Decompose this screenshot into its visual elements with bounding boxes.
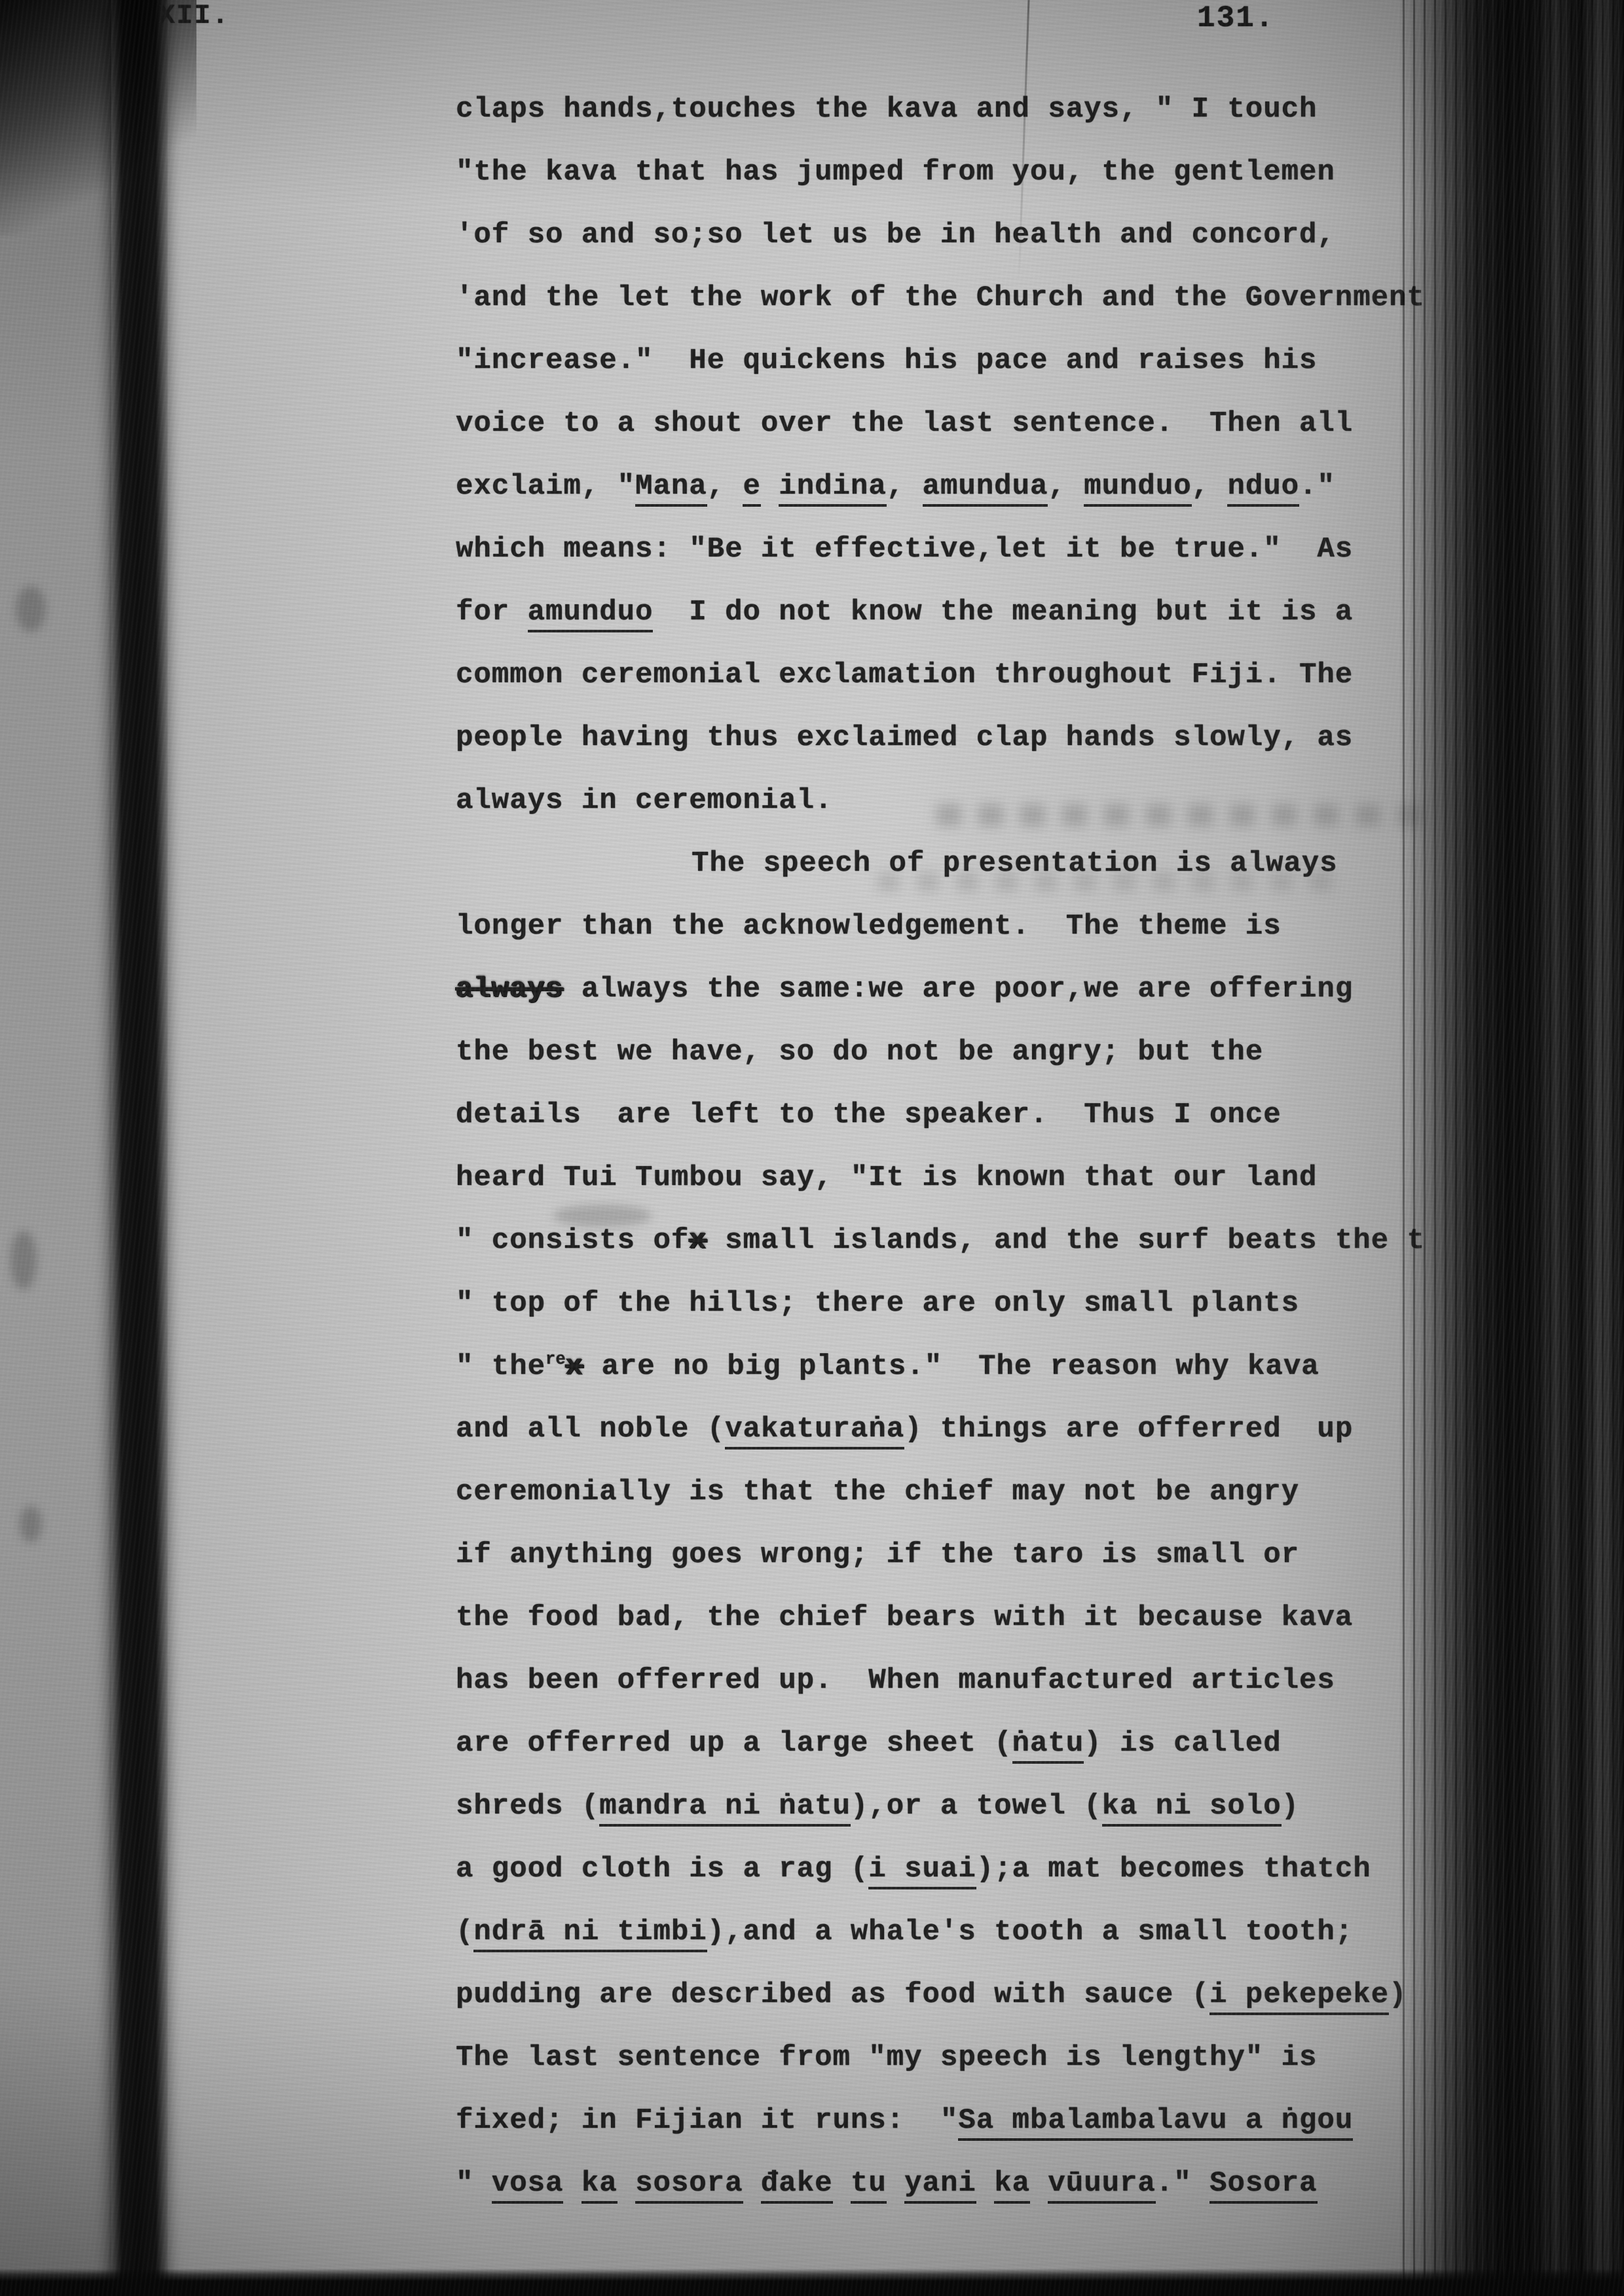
text-segment: mandra ni ṅatu — [599, 1790, 851, 1827]
typed-text: claps hands,touches the kava and says, "… — [456, 93, 1477, 2230]
spine-streaks — [1398, 0, 1624, 2296]
text-segment: 'and the let the work of the Church and … — [456, 282, 1425, 314]
margin-smudge — [16, 586, 46, 632]
text-line: the best we have, so do not be angry; bu… — [456, 1036, 1477, 1099]
text-segment: details are left to the speaker. Thus I … — [456, 1099, 1282, 1131]
text-line: claps hands,touches the kava and says, "… — [456, 93, 1477, 156]
text-segment: , — [1192, 470, 1228, 503]
text-segment — [887, 2167, 904, 2200]
text-segment: Mana — [635, 470, 707, 507]
text-segment: pudding are described as food with sauce… — [456, 1978, 1209, 2011]
text-segment — [976, 2167, 994, 2200]
text-line: 'and the let the work of the Church and … — [456, 282, 1477, 344]
bottom-edge-shadow — [0, 2269, 1624, 2296]
text-segment: amunduo — [528, 596, 654, 632]
text-segment: are no big plants." The reason why kava — [583, 1351, 1319, 1383]
text-segment: , — [1048, 470, 1084, 503]
text-segment: " — [456, 2167, 492, 2200]
text-segment: " top of the hills; there are only small… — [456, 1287, 1299, 1320]
text-segment: ceremonially is that the chief may not b… — [456, 1476, 1299, 1508]
text-line: The last sentence from "my speech is len… — [456, 2041, 1477, 2104]
text-segment: claps hands,touches the kava and says, "… — [456, 93, 1317, 126]
text-line: heard Tui Tumbou say, "It is known that … — [456, 1161, 1477, 1224]
text-segment: ndrā ni timbi — [473, 1916, 707, 1952]
text-segment: small islands, and the surf beats the t — [707, 1224, 1425, 1257]
top-left-shadow — [0, 0, 196, 236]
text-segment: ka — [994, 2167, 1030, 2204]
book-spine — [1398, 0, 1624, 2296]
text-segment: ),and a whale's tooth a small tooth; — [707, 1916, 1354, 1948]
text-line: "increase." He quickens his pace and rai… — [456, 344, 1477, 407]
page-number: 131. — [1197, 1, 1274, 35]
margin-smudge — [20, 1506, 42, 1542]
text-segment: đake — [761, 2167, 833, 2204]
text-line: people having thus exclaimed clap hands … — [456, 721, 1477, 784]
text-segment: shreds ( — [456, 1790, 599, 1823]
page-gutter-shadow — [109, 0, 168, 2296]
text-line: (ndrā ni timbi),and a whale's tooth a sm… — [456, 1916, 1477, 1978]
text-segment: ) things are offerred up — [904, 1413, 1353, 1446]
text-segment: ),or a towel ( — [851, 1790, 1102, 1823]
margin-smudge — [10, 1231, 37, 1290]
text-segment: indina — [779, 470, 886, 507]
text-line: and all noble (vakaturaṅa) things are of… — [456, 1413, 1477, 1476]
text-segment: x — [566, 1351, 583, 1383]
scan-left-margin — [0, 0, 111, 2296]
text-segment: The speech of presentation is always — [692, 847, 1338, 880]
text-segment: and all noble ( — [456, 1413, 725, 1446]
text-line: The speech of presentation is always — [456, 847, 1477, 910]
text-line: the food bad, the chief bears with it be… — [456, 1601, 1477, 1664]
text-segment: amundua — [923, 470, 1048, 507]
text-segment: ." — [1299, 470, 1335, 503]
text-segment: fixed; in Fijian it runs: " — [456, 2104, 958, 2137]
text-segment: always in ceremonial. — [456, 784, 833, 817]
text-line: has been offerred up. When manufactured … — [456, 1664, 1477, 1727]
text-segment: has been offerred up. When manufactured … — [456, 1664, 1335, 1697]
text-line: " consists ofx small islands, and the su… — [456, 1224, 1477, 1287]
text-segment: vosa — [492, 2167, 564, 2204]
text-segment — [618, 2167, 635, 2200]
text-segment: x — [689, 1224, 707, 1257]
text-line: shreds (mandra ni ṅatu),or a towel (ka n… — [456, 1790, 1477, 1853]
text-segment: i pekepeke — [1209, 1978, 1389, 2015]
text-segment: for — [456, 596, 528, 629]
text-segment: are offerred up a large sheet ( — [456, 1727, 1012, 1760]
text-segment: "the kava that has jumped from you, the … — [456, 156, 1335, 189]
text-segment: Sosora — [1209, 2167, 1317, 2204]
text-segment — [833, 2167, 851, 2200]
text-segment: voice to a shout over the last sentence.… — [456, 407, 1353, 440]
text-segment: " the — [456, 1351, 545, 1383]
text-segment: ) is called — [1084, 1727, 1281, 1760]
text-line: 'of so and so;so let us be in health and… — [456, 219, 1477, 282]
text-segment: always the same:we are poor,we are offer… — [563, 973, 1353, 1006]
text-segment: The last sentence from "my speech is len… — [456, 2041, 1317, 2074]
text-segment — [1030, 2167, 1048, 2200]
section-number: XII. — [158, 0, 230, 31]
text-line: which means: "Be it effective,let it be … — [456, 533, 1477, 596]
text-line: "the kava that has jumped from you, the … — [456, 156, 1477, 219]
text-line: longer than the acknowledgement. The the… — [456, 910, 1477, 973]
text-line: a good cloth is a rag (i suai);a mat bec… — [456, 1853, 1477, 1916]
text-segment: longer than the acknowledgement. The the… — [456, 910, 1282, 943]
text-segment — [563, 2167, 581, 2200]
text-segment: the best we have, so do not be angry; bu… — [456, 1036, 1263, 1068]
text-line: " therex are no big plants." The reason … — [456, 1350, 1477, 1413]
text-segment: a good cloth is a rag ( — [456, 1853, 868, 1886]
text-line: fixed; in Fijian it runs: "Sa mbalambala… — [456, 2104, 1477, 2167]
text-line: exclaim, "Mana, e indina, amundua, mundu… — [456, 470, 1477, 533]
text-segment: exclaim, " — [456, 470, 635, 503]
text-line: always in ceremonial. — [456, 784, 1477, 847]
text-line: " top of the hills; there are only small… — [456, 1287, 1477, 1350]
text-segment: ka — [581, 2167, 618, 2204]
text-segment: "increase." He quickens his pace and rai… — [456, 344, 1317, 377]
scanned-page: XII. 131. claps hands,touches the kava a… — [0, 0, 1624, 2296]
text-segment: " consists of — [456, 1224, 689, 1257]
text-line: always always the same:we are poor,we ar… — [456, 973, 1477, 1036]
text-segment: );a mat becomes thatch — [976, 1853, 1371, 1886]
text-segment: Sa mbalambalavu a ṅgou — [958, 2104, 1353, 2141]
text-segment: nduo — [1227, 470, 1299, 507]
text-segment: always — [456, 973, 563, 1006]
text-segment: yani — [904, 2167, 976, 2204]
text-line: if anything goes wrong; if the taro is s… — [456, 1539, 1477, 1601]
text-line: common ceremonial exclamation throughout… — [456, 659, 1477, 721]
text-line: voice to a shout over the last sentence.… — [456, 407, 1477, 470]
text-segment: ṅatu — [1012, 1727, 1084, 1764]
text-segment: people having thus exclaimed clap hands … — [456, 721, 1353, 754]
text-segment: I do not know the meaning but it is a — [653, 596, 1353, 629]
text-line: are offerred up a large sheet (ṅatu) is … — [456, 1727, 1477, 1790]
text-segment: i suai — [868, 1853, 976, 1889]
text-segment: re — [545, 1350, 566, 1369]
text-line: " vosa ka sosora đake tu yani ka vūuura.… — [456, 2167, 1477, 2230]
text-segment: if anything goes wrong; if the taro is s… — [456, 1539, 1299, 1571]
text-segment: the food bad, the chief bears with it be… — [456, 1601, 1353, 1634]
text-segment: ka ni solo — [1102, 1790, 1282, 1827]
text-segment: which means: "Be it effective,let it be … — [456, 533, 1353, 566]
text-line: ceremonially is that the chief may not b… — [456, 1476, 1477, 1539]
text-segment: vakaturaṅa — [725, 1413, 904, 1449]
text-segment: heard Tui Tumbou say, "It is known that … — [456, 1161, 1317, 1194]
text-segment: ) — [1282, 1790, 1299, 1823]
text-line: details are left to the speaker. Thus I … — [456, 1099, 1477, 1161]
text-segment: vūuura — [1048, 2167, 1155, 2204]
text-segment: 'of so and so;so let us be in health and… — [456, 219, 1335, 251]
text-segment: ( — [456, 1916, 473, 1948]
text-segment: , — [707, 470, 743, 503]
text-segment — [761, 470, 779, 503]
text-segment — [743, 2167, 761, 2200]
text-segment: ." — [1156, 2167, 1209, 2200]
text-line: for amunduo I do not know the meaning bu… — [456, 596, 1477, 659]
text-segment: sosora — [635, 2167, 743, 2204]
text-segment: tu — [851, 2167, 887, 2204]
text-segment: common ceremonial exclamation throughout… — [456, 659, 1353, 691]
text-line: pudding are described as food with sauce… — [456, 1978, 1477, 2041]
text-segment: , — [887, 470, 923, 503]
text-segment: munduo — [1084, 470, 1191, 507]
text-segment: e — [743, 470, 760, 507]
